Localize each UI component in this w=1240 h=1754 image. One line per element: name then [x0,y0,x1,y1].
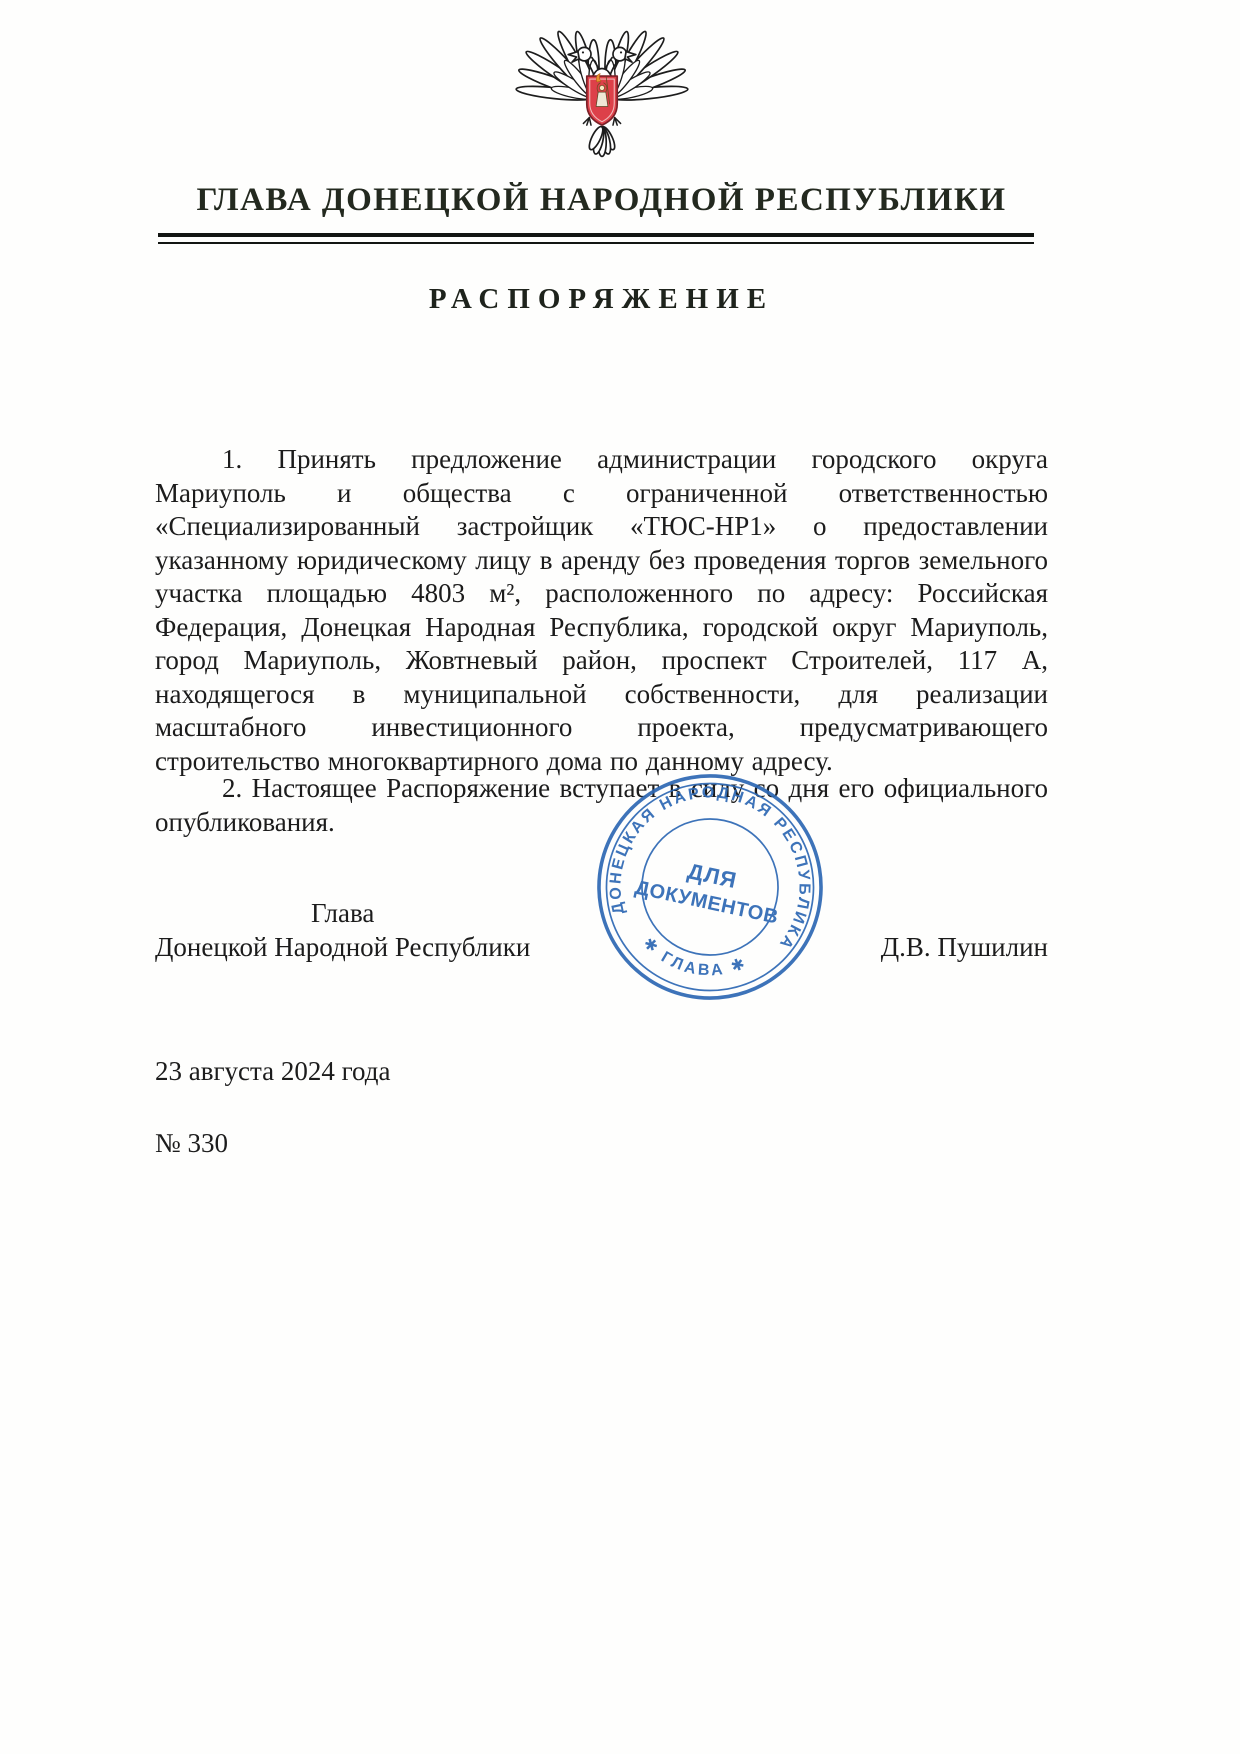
emblem-container [155,26,1048,165]
document-type-title: РАСПОРЯЖЕНИЕ [155,283,1048,316]
document-number: № 330 [155,1128,228,1159]
official-round-stamp-icon: ДОНЕЦКАЯ НАРОДНАЯ РЕСПУБЛИКА ✱ ГЛАВА ✱ Д… [593,770,827,1004]
stamp-container: ДОНЕЦКАЯ НАРОДНАЯ РЕСПУБЛИКА ✱ ГЛАВА ✱ Д… [593,770,827,1004]
signer-name: Д.В. Пушилин [881,930,1048,964]
signer-post-line2: Донецкой Народной Республики [155,930,530,964]
signer-post-line1: Глава [155,896,530,930]
double-headed-eagle-icon [509,26,695,160]
paragraph-1: 1. Принять предложение администрации гор… [155,443,1048,778]
letterhead-divider [158,233,1034,244]
document-page: ГЛАВА ДОНЕЦКОЙ НАРОДНОЙ РЕСПУБЛИКИ РАСПО… [0,0,1240,1754]
signer-post: Глава Донецкой Народной Республики [155,896,530,964]
document-date: 23 августа 2024 года [155,1056,391,1087]
issuing-authority-title: ГЛАВА ДОНЕЦКОЙ НАРОДНОЙ РЕСПУБЛИКИ [155,182,1048,219]
